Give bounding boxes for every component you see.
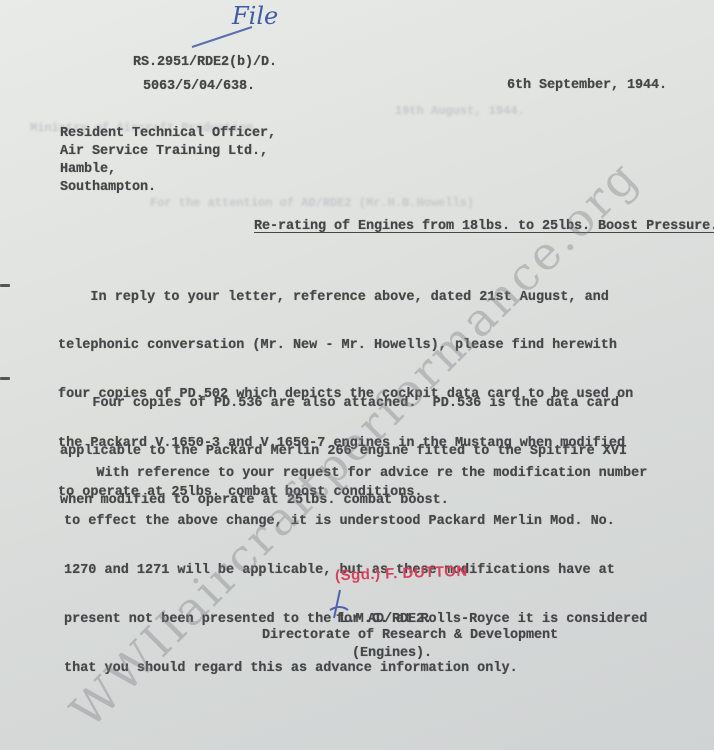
pen-stroke-icon	[190, 25, 260, 50]
paragraph-line: In reply to your letter, reference above…	[58, 290, 633, 306]
addressee-line-4: Southampton.	[60, 180, 156, 195]
reference-line-1: RS.2951/RDE2(b)/D.	[133, 55, 277, 70]
addressee-line-3: Hamble,	[60, 162, 116, 177]
signature-line-3: (Engines).	[352, 646, 432, 661]
punch-hole-mark	[0, 377, 10, 380]
punch-hole-mark	[0, 284, 10, 287]
letter-date: 6th September, 1944.	[507, 78, 667, 93]
letter-page: 19th August, 1944. Ministry of Aircraft …	[0, 0, 714, 750]
bleed-through-text: 19th August, 1944.	[395, 104, 525, 118]
signature-line-1: for AD/RDE2.	[336, 612, 432, 627]
reference-line-2: 5063/5/04/638.	[143, 79, 255, 94]
subject-heading: Re-rating of Engines from 18lbs. to 25lb…	[254, 219, 714, 234]
paragraph-line: telephonic conversation (Mr. New - Mr. H…	[58, 338, 633, 354]
addressee-line-1: Resident Technical Officer,	[60, 126, 276, 141]
bleed-through-text: For the attention of AD/RDE2 (Mr.H.B.How…	[150, 196, 474, 210]
signature-line-2: Directorate of Research & Development	[262, 628, 558, 643]
paragraph-line: Four copies of PD.536 are also attached.…	[60, 396, 627, 412]
addressee-line-2: Air Service Training Ltd.,	[60, 144, 268, 159]
paragraph-line: to effect the above change, it is unders…	[64, 514, 647, 530]
